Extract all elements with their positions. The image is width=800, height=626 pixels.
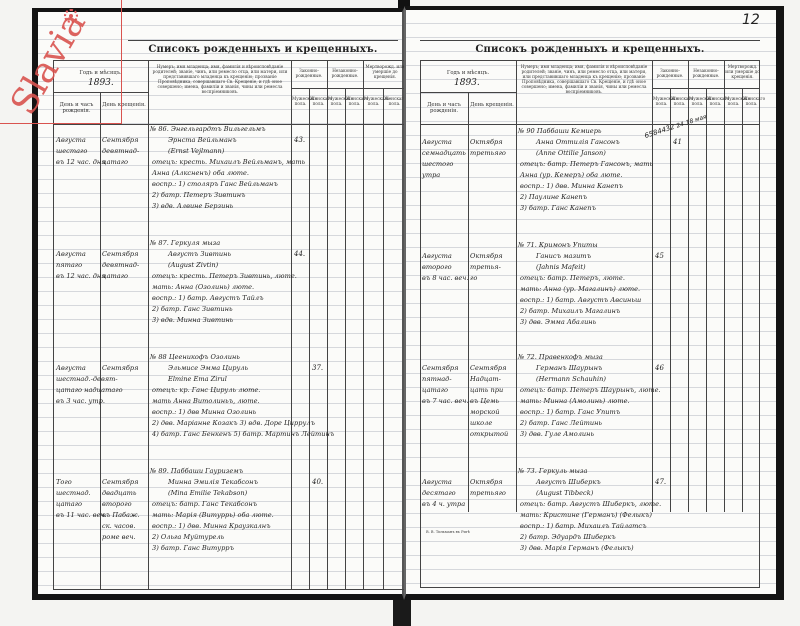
page-title: Списокъ рожденныхъ и крещенныхъ. [128,44,398,55]
record-line: (Hermann Schauhin) [536,374,606,385]
birth-date-line: Того [56,477,72,488]
record-line: Elmine Ema Zirul [168,374,227,385]
record-line: мать: Анна (Озолинь) люте. [152,282,254,293]
record-line: 3) батр. Ганс Канепъ [520,203,596,214]
birth-col-label: День и часъ рожденія. [421,102,467,114]
col-divider [670,88,671,512]
birth-date-line: пятнад- [422,374,452,385]
birth-date-line: Августа [56,135,86,146]
baptism-date-line: третья- [470,262,501,273]
record-line: 2) Ольга Муйтурель [152,532,224,543]
baptism-date-line: Октября [470,477,503,488]
birth-date-line: шестого [422,159,453,170]
record-line: 3) двв. Эмма Абалинь [520,317,596,328]
record-line: № 73. Геркуль мыза [518,466,587,477]
female-sub-label: Женскаго пола. [346,96,363,106]
legit-female-count: 41 [673,137,682,148]
record-line: мать Анна Витолиньъ, люте. [152,396,260,407]
record-line: 2) двв. Маріанне Козакъ 3) вдв. Доре Цир… [152,418,315,429]
record-line: № 87. Геркуля мыза [150,238,220,249]
watermark-text: Slavia [3,5,94,122]
female-sub-label: Женскаго пола. [310,96,327,106]
record-line: Ганисъ мазитъ [536,251,591,262]
birth-date-line: второго [422,262,452,273]
baptism-date-line: ск. часов. [102,521,135,532]
title-top-rule [128,40,398,41]
record-line: (Jahnis Mafeit) [536,262,586,273]
baptism-date-line: Сентября [102,249,139,260]
baptism-date-line: цатаго [102,157,128,168]
record-line: отецъ: батр. Петеръ, люте. [520,273,625,284]
col-divider [327,60,328,590]
record-line: мать: Анна (ур. Магалинъ) люте. [520,284,640,295]
baptism-date-line: второго [102,499,132,510]
baptism-date-line: Надцат- [470,374,501,385]
watermark-stamp: Slavia [0,0,122,124]
record-line: 3) вдв. Алвине Берзинь [152,201,233,212]
record-line: Эльмисе Эмма Цируль [168,363,248,374]
birth-date-line: въ 3 час. утр. [56,396,105,407]
baptism-date-line: цать при [470,385,503,396]
birth-date-line: цатаго [422,385,448,396]
baptism-date-line: Сентября [102,477,139,488]
record-line: воспр.: 1) батр. Августъ Тайлъ [152,293,263,304]
illegit-col-label: Незаконно-рожденные. [328,68,362,78]
record-line: воспр.: 1) столяръ Ганс Вейльманъ [152,179,278,190]
book-spine-bottom [393,598,411,626]
col-divider [363,60,364,590]
record-line: № 72. Правенкофъ мыза [518,352,603,363]
birth-date-line: пятаго [56,260,82,271]
col-divider [688,60,689,512]
baptism-date-line: Сентября [102,363,139,374]
year-value: 1893. [454,78,480,88]
record-line: 3) батр. Ганс Витурръ [152,543,234,554]
record-line: (Mina Emilie Tekabson) [168,488,247,499]
record-line: № 88 Цееникофъ Озолинь [150,352,240,363]
stillborn-col-label: Мертворожд. или умершіе до крещенія. [725,64,760,79]
record-line: 2) батр. Михаилъ Магалинъ [520,306,620,317]
birth-date-line: Августа [56,363,86,374]
record-line: Эрнста Вейльманъ [168,135,237,146]
baptism-date-line: Сентября [470,363,507,374]
record-line: Минна Эмилія Текабсонъ [168,477,258,488]
record-line: № 90 Паббаши Кемиерь [518,126,602,137]
col-divider [148,60,149,590]
page-title: Списокъ рожденныхъ и крещенныхъ. [420,44,760,55]
record-line: воспр.: 1) батр. Августъ Авсиньш [520,295,641,306]
legit-male-count: 45 [655,251,664,262]
male-sub-label: Мужескаго пола. [653,96,670,106]
birth-date-line: утра [422,170,440,181]
col-divider [706,88,707,512]
baptism-date-line: девятнад- [102,146,139,157]
birth-date-line: шестаго [56,146,87,157]
birth-date-line: десятаго [422,488,456,499]
legit-male-count: 47. [655,477,666,488]
baptism-date-line: го [470,273,477,284]
record-line: воспр.: 1) двв. Минна Краузкалнъ [152,521,271,532]
record-line: Анна (Алксненъ) оба люте. [152,168,249,179]
baptism-col-label: День крещенія. [469,102,515,108]
legit-female-count: 37. [312,363,323,374]
record-line: № 71. Кримонъ Упиты [518,240,598,251]
record-line: 3) двв. Гуле Амолинь [520,429,594,440]
male-sub-label: Мужескаго пола. [689,96,706,106]
birth-date-line: Августа [422,137,452,148]
record-line: (August Zivtin) [168,260,218,271]
legit-male-count: 46 [655,363,664,374]
record-line: 2) батр. Ганс Лейтинь [520,418,602,429]
birth-date-line: семнадцать [422,148,466,159]
record-line: (Ernst Vejlmann) [168,146,224,157]
illegit-col-label: Незаконно-рожденные. [689,68,723,78]
col-divider [724,60,725,512]
record-line: (August Tibbeck) [536,488,593,499]
male-sub-label: Мужескаго пола. [292,96,309,106]
record-line: мать: Кристине (Германъ) (Фелыкъ) [520,510,652,521]
col-divider [742,88,743,512]
record-line: 2) батр. Эдуардъ Шиберкъ [520,532,616,543]
legit-female-count: 40. [312,477,323,488]
female-sub-label: Женскаго пола. [707,96,724,106]
record-line: воспр.: 1) батр. Ганс Упитъ [520,407,620,418]
printer-mark: В. В. Тильманъ въ Ригѣ [426,530,470,534]
baptism-date-line: школе [470,418,492,429]
male-sub-label: Мужескаго пола. [725,96,742,106]
birth-date-line: въ 11 час. веч. [56,510,107,521]
title-top-rule [420,40,760,41]
right-page: 12 Списокъ рожденныхъ и крещенныхъ. Годъ… [404,6,784,600]
legit-col-label: Законно-рожденные. [292,68,326,78]
record-line: 2) батр. Петеръ Зивтинъ [152,190,245,201]
legit-male-count: 43. [294,135,305,146]
header-bottom-rule [420,124,760,125]
birth-date-line: въ 8 час. веч. [422,273,468,284]
record-line: воспр.: 1) двв Минна Озолинь [152,407,256,418]
record-line: 3) двв. Марія Германъ (Фелыкъ) [520,543,634,554]
col-divider [309,88,310,590]
baptism-date-line: Октября [470,251,503,262]
birth-date-line: шестнад. [56,488,91,499]
record-line: отецъ: батр. Петеръ Гансонъ, мать [520,159,653,170]
female-sub-label: Женскаго пола. [384,96,405,106]
record-line: воспр.: 1) двв. Минна Канепъ [520,181,623,192]
baptism-date-line: цатаго [102,271,128,282]
birth-date-line: цатаго надцатаго [56,385,123,396]
col-divider [345,88,346,590]
record-line: мать: Минна (Амолинь) люте. [520,396,630,407]
col-divider [516,60,517,512]
baptism-date-line: третьяго [470,148,506,159]
male-sub-label: Мужескаго пола. [328,96,345,106]
birth-date-line: шестнад.-девят- [56,374,118,385]
names-col-label: Нумеръ; имя младенца; имя, фамилія и вѣр… [151,64,289,94]
birth-date-line: Августа [56,249,86,260]
birth-date-line: Сентября [422,363,459,374]
female-sub-label: Женскаго пола. [671,96,688,106]
record-line: 3) вдв. Минна Зивтинь [152,315,233,326]
record-line: 4) батр. Ганс Бенкенъ 5) батр. Мартинъ Л… [152,429,334,440]
baptism-date-line: роме веч. [102,532,136,543]
record-line: 2) батр. Ганс Зивтинь [152,304,233,315]
col-divider [468,92,469,512]
baptism-date-line: девятнад- [102,260,139,271]
birth-date-line: въ 12 час. дня [56,271,106,282]
record-line: мать: Марія (Витуррь) оба люте. [152,510,274,521]
record-line: отецъ: батр. Августъ Шиберкъ, люте. [520,499,661,510]
stillborn-col-label: Мертворожд. или умершіе до крещенія. [364,64,406,79]
col-divider [291,60,292,590]
record-line: отецъ: батр. Ганс Текабсонъ [152,499,257,510]
baptism-date-line: морской [470,407,500,418]
record-line: № 89. Паббаши Гауриземъ [150,466,243,477]
birth-date-line: въ 4 ч. утра [422,499,465,510]
baptism-date-line: двадцать [102,488,137,499]
female-sub-label: Женскаго пола. [743,96,760,106]
birth-date-line: цатаго [56,499,82,510]
record-line: воспр.: 1) батр. Михаилъ Тайлатсъ [520,521,647,532]
record-line: отецъ: батр. Петеръ Шаурынъ, люте. [520,385,661,396]
baptism-date-line: въ Цемь [470,396,499,407]
record-line: Анна Оттилія Гансонъ [536,137,620,148]
record-line: отецъ: кресть. Михаилъ Вейльманъ, мать [152,157,305,168]
baptism-date-line: открытой [470,429,508,440]
male-sub-label: Мужескаго пола. [364,96,383,106]
baptism-date-line: въ Пабаж. [102,510,140,521]
col-divider [383,88,384,590]
birth-date-line: Августа [422,477,452,488]
record-line: № 86. Энгельгардтъ Вильгельмъ [150,124,266,135]
baptism-date-line: Сентября [102,135,139,146]
record-line: отецъ: кр. Ганс Цируль люте. [152,385,260,396]
page-number: 12 [742,12,760,28]
birth-date-line: Августа [422,251,452,262]
col-divider [652,60,653,512]
year-month-label: Годъ и мѣсяцъ. [424,70,512,76]
record-line: отецъ: кресть. Петеръ Зивтинь, люте. [152,271,297,282]
legit-male-count: 44. [294,249,305,260]
birth-date-line: въ 7 час. веч. [422,396,468,407]
record-line: Германъ Шаурынъ [536,363,602,374]
record-line: Августъ Зивтинь [168,249,231,260]
baptism-date-line: третьяго [470,488,506,499]
baptism-date-line: Октября [470,137,503,148]
record-line: (Anne Ottilie Janson) [536,148,606,159]
record-line: Анна (ур. Кемеръ) оба люте. [520,170,622,181]
record-line: 2) Паулине Канепъ [520,192,587,203]
legit-col-label: Законно-рожденные. [653,68,687,78]
record-line: Августъ Шиберкъ [536,477,601,488]
birth-date-line: въ 12 час. дня [56,157,106,168]
names-col-label: Нумеръ; имя младенца; имя, фамилія и вѣр… [518,64,650,94]
